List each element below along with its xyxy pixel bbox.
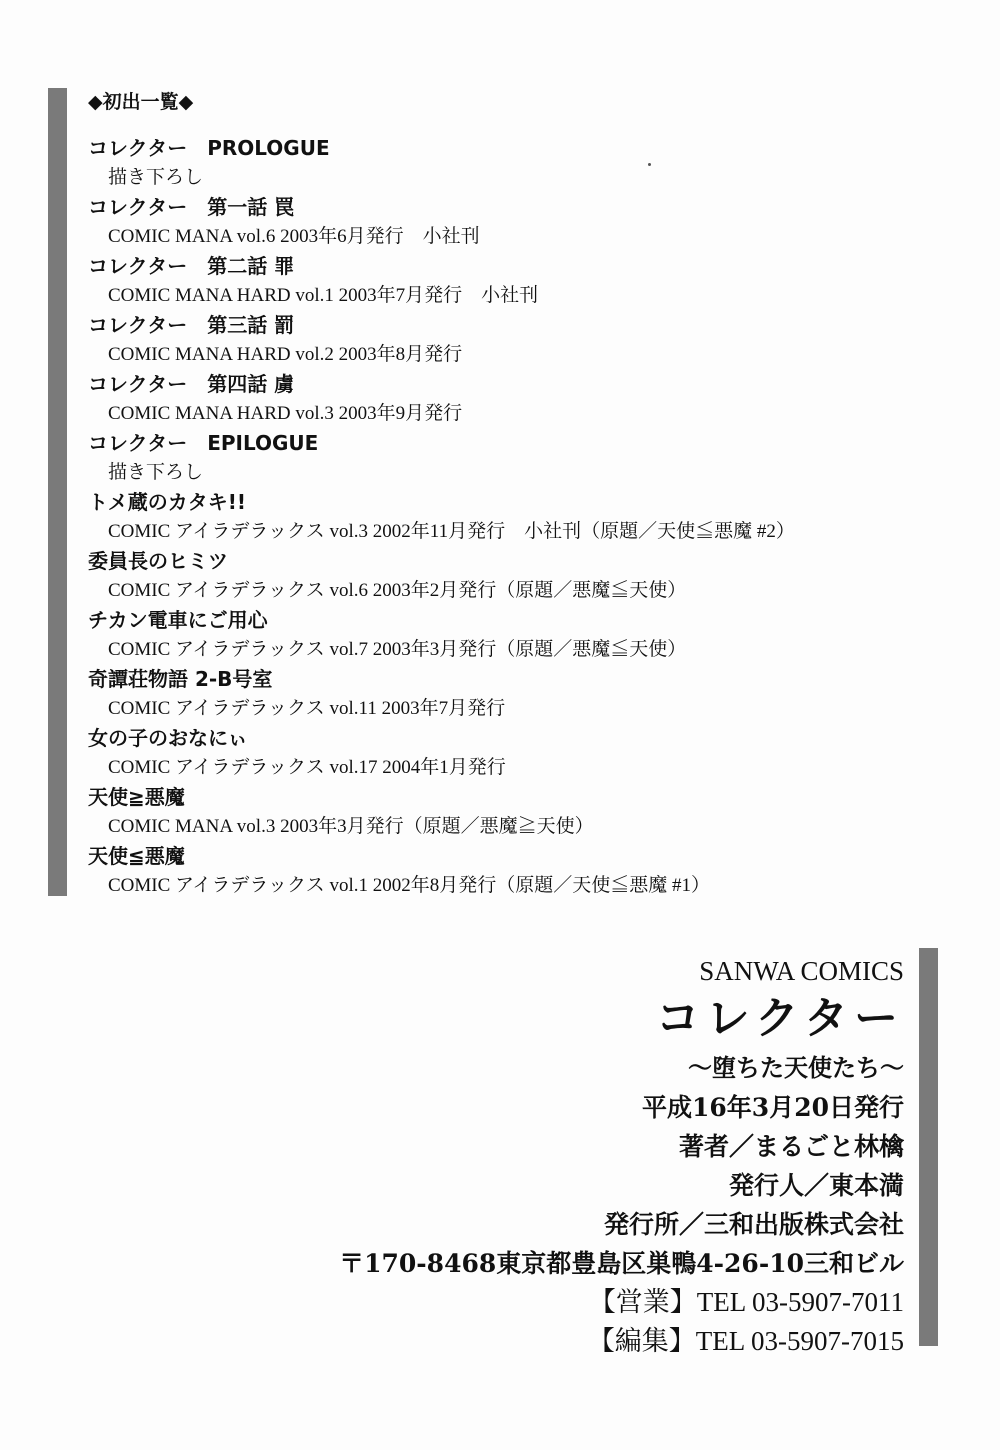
entry-source: COMIC アイラデラックス vol.7 2003年3月発行（原題／悪魔≦天使） [88,635,888,665]
publisher: 発行所／三和出版株式会社 [339,1205,904,1244]
list-item: 委員長のヒミツ COMIC アイラデラックス vol.6 2003年2月発行（原… [88,547,888,606]
list-item: コレクター PROLOGUE 描き下ろし [88,134,888,193]
entry-source: 描き下ろし [88,458,888,488]
address: 〒170-8468東京都豊島区巣鴨4-26-10三和ビル [339,1244,904,1283]
entry-title: コレクター EPILOGUE [88,429,888,458]
list-item: コレクター 第四話 虜 COMIC MANA HARD vol.3 2003年9… [88,370,888,429]
entry-source: COMIC MANA HARD vol.1 2003年7月発行 小社刊 [88,281,888,311]
list-item: コレクター EPILOGUE 描き下ろし [88,429,888,488]
tel-sales: 【営業】TEL 03-5907-7011 [339,1283,904,1322]
right-gray-bar [919,948,938,1346]
issuer: 発行人／東本満 [339,1166,904,1205]
list-item: トメ蔵のカタキ!! COMIC アイラデラックス vol.3 2002年11月発… [88,488,888,547]
entry-source: COMIC MANA vol.6 2003年6月発行 小社刊 [88,222,888,252]
publish-date: 平成16年3月20日発行 [339,1088,904,1127]
entry-source: 描き下ろし [88,163,888,193]
series-name: SANWA COMICS [339,952,904,990]
entry-source: COMIC アイラデラックス vol.3 2002年11月発行 小社刊（原題／天… [88,517,888,547]
list-item: コレクター 第三話 罰 COMIC MANA HARD vol.2 2003年8… [88,311,888,370]
tel-editorial: 【編集】TEL 03-5907-7015 [339,1322,904,1361]
entry-title: 委員長のヒミツ [88,547,888,576]
list-item: 女の子のおなにぃ COMIC アイラデラックス vol.17 2004年1月発行 [88,724,888,783]
entry-title: トメ蔵のカタキ!! [88,488,888,517]
list-item: 天使≦悪魔 COMIC アイラデラックス vol.1 2002年8月発行（原題／… [88,842,888,901]
entry-title: コレクター 第三話 罰 [88,311,888,340]
entry-source: COMIC アイラデラックス vol.6 2003年2月発行（原題／悪魔≦天使） [88,576,888,606]
entry-title: 天使≦悪魔 [88,842,888,871]
entry-title: 奇譚荘物語 2-B号室 [88,665,888,694]
entry-source: COMIC MANA HARD vol.2 2003年8月発行 [88,340,888,370]
colophon: SANWA COMICS コレクター ～堕ちた天使たち～ 平成16年3月20日発… [339,952,904,1361]
entry-title: コレクター PROLOGUE [88,134,888,163]
entry-title: コレクター 第四話 虜 [88,370,888,399]
entry-title: コレクター 第一話 罠 [88,193,888,222]
entry-title: 天使≧悪魔 [88,783,888,812]
entry-title: コレクター 第二話 罪 [88,252,888,281]
list-heading: ◆初出一覧◆ [88,90,888,114]
list-item: コレクター 第二話 罪 COMIC MANA HARD vol.1 2003年7… [88,252,888,311]
book-title: コレクター [339,990,904,1048]
entry-source: COMIC アイラデラックス vol.17 2004年1月発行 [88,753,888,783]
entry-source: COMIC MANA HARD vol.3 2003年9月発行 [88,399,888,429]
entry-title: チカン電車にご用心 [88,606,888,635]
author: 著者／まるごと林檎 [339,1127,904,1166]
entry-source: COMIC MANA vol.3 2003年3月発行（原題／悪魔≧天使） [88,812,888,842]
first-appearance-list: ◆初出一覧◆ コレクター PROLOGUE 描き下ろし コレクター 第一話 罠 … [88,90,888,901]
list-item: 天使≧悪魔 COMIC MANA vol.3 2003年3月発行（原題／悪魔≧天… [88,783,888,842]
list-item: コレクター 第一話 罠 COMIC MANA vol.6 2003年6月発行 小… [88,193,888,252]
list-item: チカン電車にご用心 COMIC アイラデラックス vol.7 2003年3月発行… [88,606,888,665]
entry-source: COMIC アイラデラックス vol.11 2003年7月発行 [88,694,888,724]
list-item: 奇譚荘物語 2-B号室 COMIC アイラデラックス vol.11 2003年7… [88,665,888,724]
entry-title: 女の子のおなにぃ [88,724,888,753]
book-subtitle: ～堕ちた天使たち～ [339,1048,904,1088]
left-gray-bar [48,88,67,896]
entry-source: COMIC アイラデラックス vol.1 2002年8月発行（原題／天使≦悪魔 … [88,871,888,901]
